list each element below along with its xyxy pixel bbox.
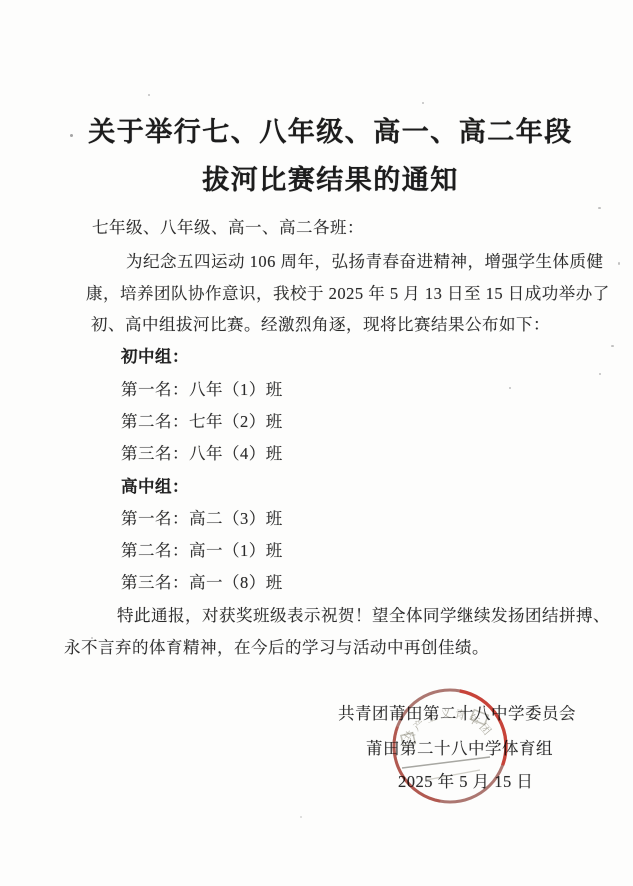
scan-speck bbox=[618, 262, 620, 265]
scan-speck bbox=[611, 345, 614, 347]
scan-speck bbox=[91, 637, 93, 639]
notice-document: 关于举行七、八年级、高一、高二年段 拔河比赛结果的通知 七年级、八年级、高一、高… bbox=[0, 0, 633, 886]
scan-speck bbox=[70, 134, 73, 137]
closing-line1: 特此通报，对获奖班级表示祝贺！望全体同学继续发扬团结拼搏、 bbox=[117, 606, 610, 626]
senior-result-3: 第三名：高一（8）班 bbox=[121, 573, 283, 593]
scan-speck bbox=[300, 816, 302, 818]
senior-result-2: 第二名：高一（1）班 bbox=[121, 541, 283, 561]
scan-speck bbox=[509, 387, 511, 389]
page-title-line2: 拔河比赛结果的通知 bbox=[0, 158, 633, 197]
senior-result-1: 第一名：高二（3）班 bbox=[121, 509, 283, 529]
scan-speck bbox=[599, 373, 601, 375]
scan-speck bbox=[148, 94, 150, 96]
senior-group-heading: 高中组： bbox=[121, 477, 189, 497]
scan-speck bbox=[598, 207, 601, 209]
scan-speck bbox=[422, 102, 424, 104]
paragraph-line1: 为纪念五四运动 106 周年，弘扬青春奋进精神，增强学生体质健 bbox=[126, 252, 604, 272]
signature-org1: 共青团莆田第二十八中学委员会 bbox=[338, 704, 576, 724]
paragraph-line3: 初、高中组拔河比赛。经激烈角逐，现将比赛结果公布如下： bbox=[91, 315, 550, 335]
junior-result-1: 第一名：八年（1）班 bbox=[121, 380, 283, 400]
junior-group-heading: 初中组： bbox=[121, 347, 189, 367]
closing-line2: 永不言弃的体育精神，在今后的学习与活动中再创佳绩。 bbox=[64, 638, 489, 658]
junior-result-3: 第三名：八年（4）班 bbox=[121, 444, 283, 464]
junior-result-2: 第二名：七年（2）班 bbox=[121, 412, 283, 432]
signature-org2: 莆田第二十八中学体育组 bbox=[366, 739, 553, 759]
signature-date: 2025 年 5 月 15 日 bbox=[398, 772, 533, 792]
paragraph-line2: 康，培养团队协作意识，我校于 2025 年 5 月 13 日至 15 日成功举办… bbox=[86, 284, 610, 304]
page-title-line1: 关于举行七、八年级、高一、高二年段 bbox=[0, 110, 633, 149]
salutation: 七年级、八年级、高一、高二各班： bbox=[92, 218, 364, 238]
